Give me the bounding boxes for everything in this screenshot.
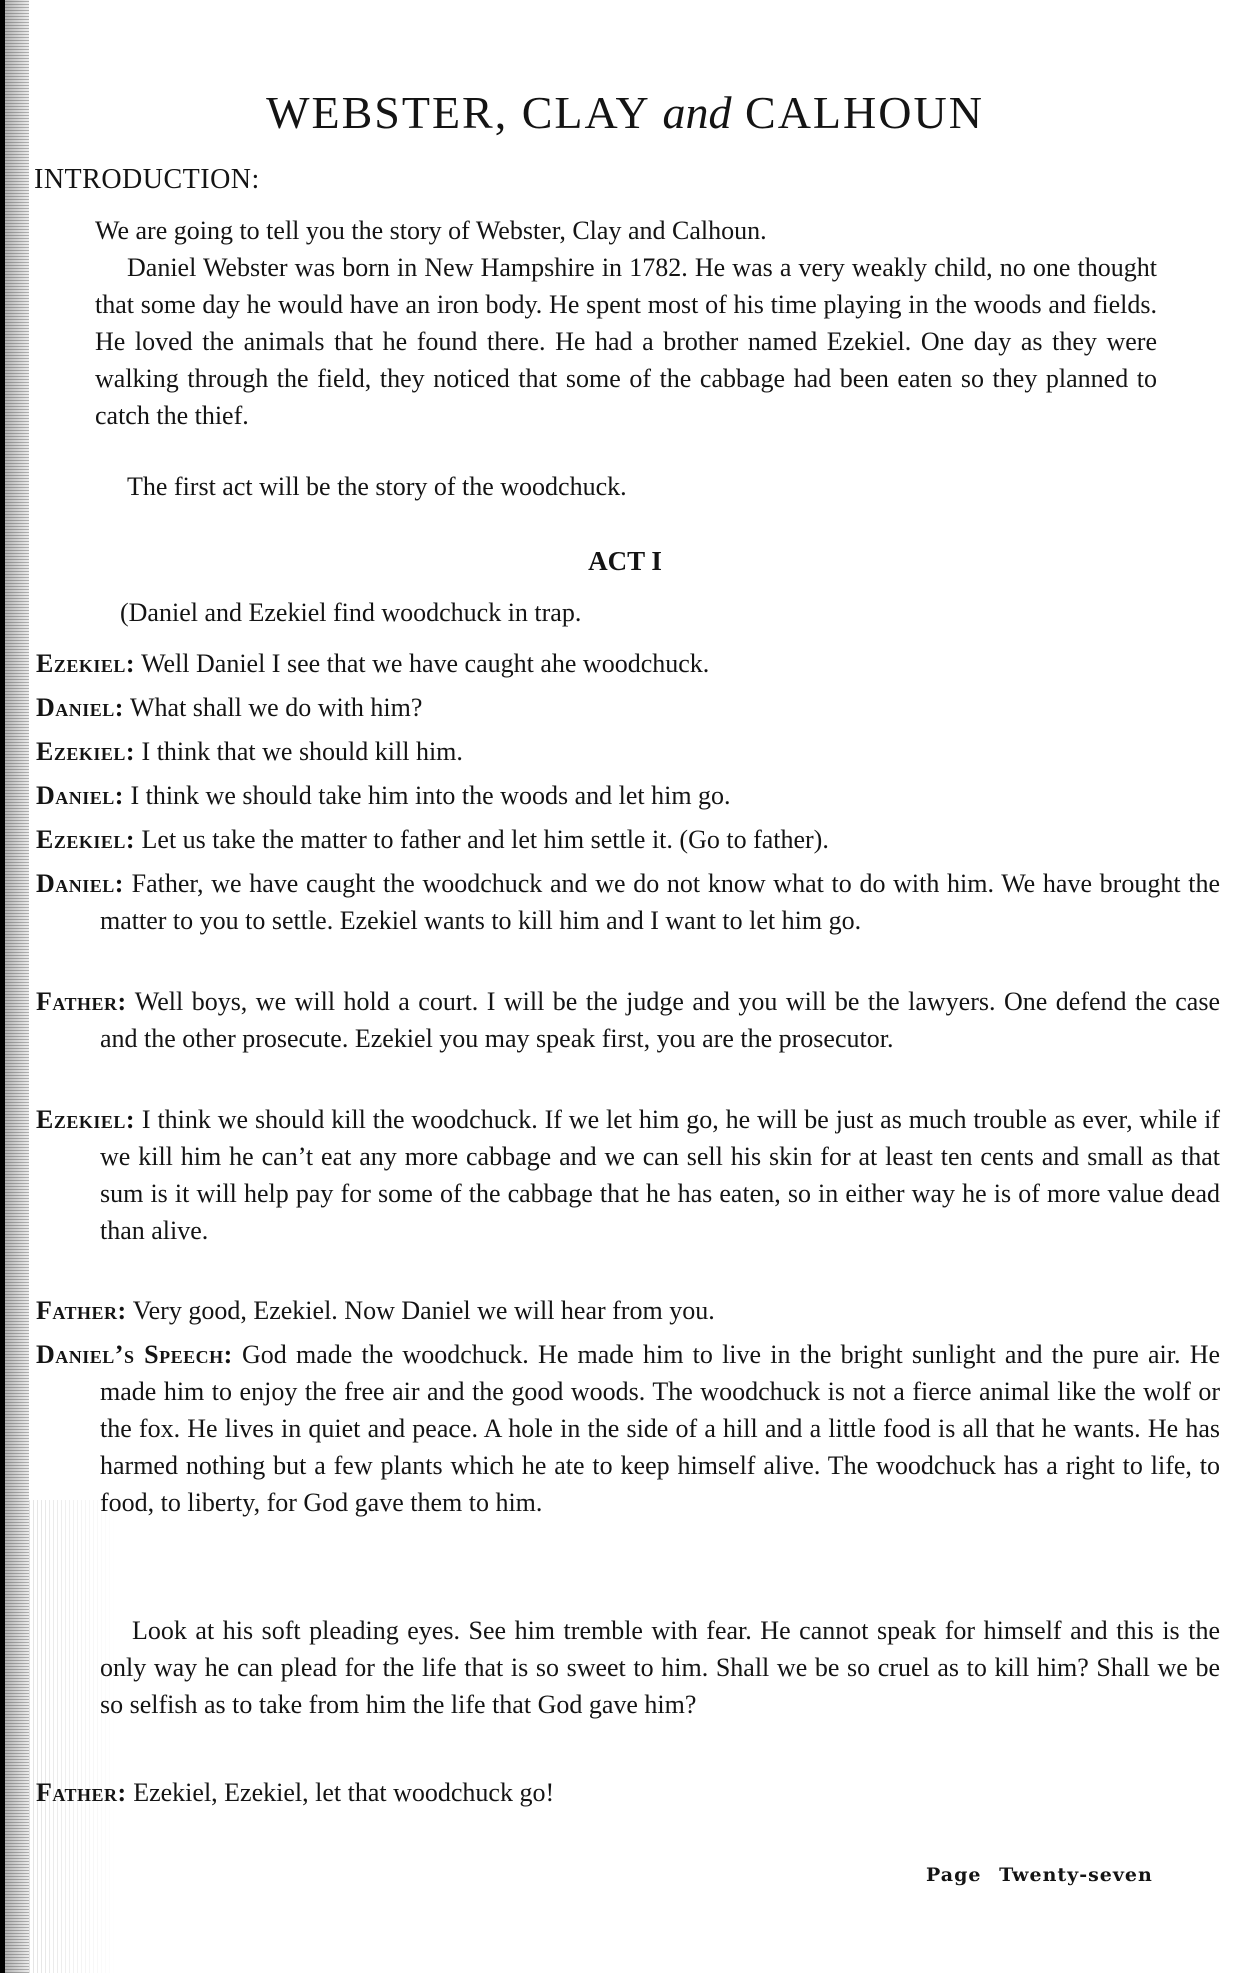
dialogue-line: Daniel: Father, we have caught the woodc…	[36, 865, 1220, 939]
speaker-name: Ezekiel:	[36, 1105, 135, 1134]
dialogue-text: Well Daniel I see that we have caught ah…	[141, 649, 709, 678]
dialogue-text: Well boys, we will hold a court. I will …	[100, 987, 1220, 1053]
dialogue-line: Daniel: I think we should take him into …	[36, 777, 1220, 814]
speaker-name: Father:	[36, 987, 127, 1016]
dialogue-text: I think we should take him into the wood…	[130, 781, 730, 810]
title-part-2: CALHOUN	[745, 87, 984, 138]
dialogue-line: Father: Very good, Ezekiel. Now Daniel w…	[36, 1292, 1220, 1329]
speaker-name: Ezekiel:	[36, 737, 135, 766]
dialogue-line: Daniel’s Speech: God made the woodchuck.…	[36, 1336, 1220, 1521]
dialogue-continuation: Look at his soft pleading eyes. See him …	[36, 1612, 1220, 1723]
dialogue-text: Very good, Ezekiel. Now Daniel we will h…	[133, 1296, 715, 1325]
dialogue-text: Father, we have caught the woodchuck and…	[100, 869, 1220, 935]
dialogue-line: Ezekiel: Let us take the matter to fathe…	[36, 821, 1220, 858]
title-part-1: WEBSTER, CLAY	[266, 87, 649, 138]
stage-direction: (Daniel and Ezekiel find woodchuck in tr…	[120, 598, 581, 628]
dialogue-text: Look at his soft pleading eyes. See him …	[100, 1616, 1220, 1719]
dialogue-line: Ezekiel: I think that we should kill him…	[36, 733, 1220, 770]
speaker-name: Daniel:	[36, 693, 124, 722]
page-title: WEBSTER, CLAY and CALHOUN	[0, 86, 1250, 139]
intro-paragraph-3: The first act will be the story of the w…	[95, 468, 1157, 505]
intro-paragraph-1: We are going to tell you the story of We…	[95, 212, 1157, 249]
speaker-name: Ezekiel:	[36, 825, 135, 854]
dialogue-text: I think we should kill the woodchuck. If…	[100, 1105, 1220, 1245]
dialogue-line: Ezekiel: Well Daniel I see that we have …	[36, 645, 1220, 682]
speaker-name: Daniel:	[36, 869, 124, 898]
act-heading: ACT I	[0, 546, 1250, 577]
dialogue-line: Father: Ezekiel, Ezekiel, let that woodc…	[36, 1774, 1220, 1811]
intro-paragraph-2: Daniel Webster was born in New Hampshire…	[95, 249, 1157, 434]
dialogue-line: Father: Well boys, we will hold a court.…	[36, 983, 1220, 1057]
speaker-name: Father:	[36, 1778, 127, 1807]
scan-edge-shadow	[5, 0, 29, 1973]
dialogue-line: Ezekiel: I think we should kill the wood…	[36, 1101, 1220, 1249]
page-footer: Page Twenty-seven	[926, 1864, 1153, 1886]
scan-edge-shadow-lower	[29, 1500, 119, 1973]
page-label: Page	[926, 1864, 981, 1886]
dialogue-text: Let us take the matter to father and let…	[142, 825, 829, 854]
dialogue-text: Ezekiel, Ezekiel, let that woodchuck go!	[133, 1778, 554, 1807]
dialogue-line: Daniel: What shall we do with him?	[36, 689, 1220, 726]
page-number: Twenty-seven	[999, 1864, 1153, 1886]
speaker-name: Ezekiel:	[36, 649, 135, 678]
speaker-name: Daniel:	[36, 781, 124, 810]
dialogue-text: God made the woodchuck. He made him to l…	[100, 1340, 1220, 1517]
title-italic-and: and	[663, 87, 732, 138]
introduction-heading: INTRODUCTION:	[34, 164, 260, 196]
speaker-name: Daniel’s Speech:	[36, 1340, 233, 1369]
speaker-name: Father:	[36, 1296, 127, 1325]
dialogue-text: I think that we should kill him.	[142, 737, 463, 766]
dialogue-text: What shall we do with him?	[130, 693, 422, 722]
